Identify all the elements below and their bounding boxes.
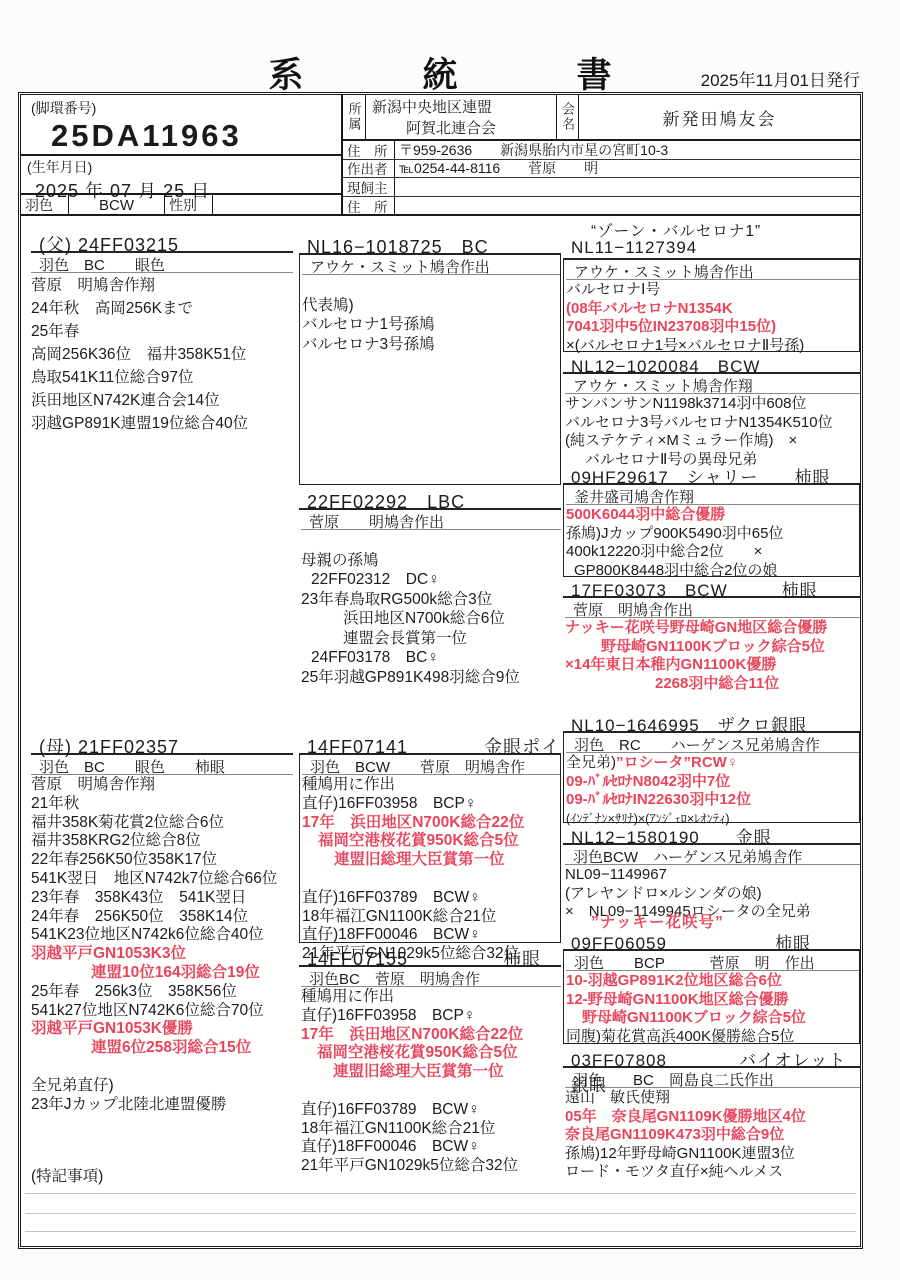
pedigree-line: 09-ﾊﾞﾙｾﾛﾅIN22630羽中12位	[566, 791, 859, 810]
affiliation-line2: 阿賀北連合会	[372, 118, 556, 139]
pigeon-loft: アウケ・スミット鳩舎作出	[566, 260, 859, 280]
notes-rule-line	[25, 1231, 856, 1232]
pedigree-line: 25年羽越GP891K498羽総合9位	[301, 668, 561, 688]
notes-label: (特記事項)	[31, 1164, 103, 1186]
pigeon-card-mf-dam: NL12−1580190 金眼 羽色BCW ハーゲンス兄弟鳩舎作 NL09−11…	[563, 823, 860, 922]
pedigree-line: 21年平戸GN1029k5位総合32位	[301, 1157, 561, 1176]
breeder-value: ℡0254-44-8116 菅原 明	[395, 160, 860, 178]
pedigree-line: (アレヤンドロ×ルシンダの娘)	[565, 885, 860, 904]
pedigree-line: 直仔)18FF00046 BCW♀	[301, 1138, 561, 1157]
pedigree-line: ×14年東日本稚内GN1100K優勝	[565, 656, 860, 675]
pedigree-line: 福井358KRG2位総合8位	[31, 832, 293, 851]
pedigree-line: 菅原 明鳩舎作翔	[31, 776, 293, 795]
pigeon-card-md-sire: ”ナッキー花咲号” 09FF06059 柿眼 羽色 BCP 菅原 明 作出 10…	[563, 910, 860, 1044]
pedigree-line	[302, 276, 560, 296]
pigeon-id: NL16−1018725 BC	[299, 233, 561, 255]
pedigree-line: (08年バルセロナN1354K	[566, 300, 859, 319]
owner-address-value	[395, 197, 860, 216]
pedigree-line: 奈良尾GN1109K473羽中総合9位	[565, 1126, 860, 1145]
pedigree-line: 直仔)16FF03789 BCW♀	[301, 1101, 561, 1120]
pedigree-line: 孫鳩)12年野母崎GN1100K連盟3位	[565, 1145, 860, 1164]
pedigree-line: 連盟旧総理大臣賞第一位	[301, 1063, 561, 1082]
pigeon-lines: 全兄弟)”ロシータ”RCW♀09-ﾊﾞﾙｾﾛﾅN8042羽中7位09-ﾊﾞﾙｾﾛ…	[566, 753, 859, 828]
pigeon-lines: 種鳩用に作出直仔)16FF03958 BCP♀17年 浜田地区N700K総合22…	[302, 775, 560, 964]
pigeon-loft: 菅原 明鳩舎作出	[565, 598, 860, 618]
pedigree-line: (純ステケティ×Mミュラー作鳩) ×	[565, 432, 860, 451]
feather-value: BCW	[69, 195, 165, 215]
pigeon-id: NL12−1580190 金眼	[563, 823, 860, 845]
pigeon-card-mf-sire: NL10−1646995 ザクロ銀眼 羽色 RC ハーゲンス兄弟鳩舎作 全兄弟)…	[563, 711, 860, 823]
owner-value	[395, 178, 860, 196]
pedigree-line: NL09−1149967	[565, 866, 860, 885]
pigeon-loft: 羽色 RC ハーゲンス兄弟鳩舎作	[566, 733, 859, 753]
pedigree-line	[301, 1082, 561, 1101]
pedigree-line: 400k12220羽中総合2位 ×	[566, 543, 859, 562]
pedigree-line: 全兄弟)”ロシータ”RCW♀	[566, 754, 859, 773]
header-right: 所属 新潟中央地区連盟 阿賀北連合会 会名 新発田鳩友会 住 所 〒959-26…	[343, 95, 860, 214]
pedigree-line: バルセロナ3号孫鳩	[302, 335, 560, 355]
address-label: 住 所	[343, 141, 395, 159]
club-name: 新発田鳩友会	[579, 95, 860, 139]
pigeon-loft: 羽色 BCW 菅原 明鳩舎作	[302, 755, 560, 775]
pigeon-name-above: ”ナッキー花咲号”	[563, 910, 860, 929]
pedigree-line: 福岡空港桜花賞950K総合5位	[302, 832, 560, 851]
birth-date-label: (生年月日)	[27, 157, 333, 177]
pedigree-line: 直仔)16FF03789 BCW♀	[302, 889, 560, 908]
pedigree-line: 23年Jカップ北陸北連盟優勝	[31, 1096, 293, 1115]
pigeon-loft: 釜井盛司鳩舎作翔	[566, 485, 859, 505]
pedigree-line: 浜田地区N700k総合6位	[301, 609, 561, 629]
header-left: (脚環番号) 25DA11963 (生年月日) 2025 年 07 月 25 日…	[21, 95, 343, 214]
pedigree-line: 代表鳩)	[302, 296, 560, 316]
address-row: 住 所 〒959-2636 新潟県胎内市星の宮町10-3	[343, 141, 860, 160]
pedigree-line	[301, 531, 561, 551]
feather-sex-row: 羽色 BCW 性別	[21, 193, 341, 215]
pedigree-line: 種鳩用に作出	[301, 988, 561, 1007]
pedigree-line	[302, 870, 560, 889]
owner-address-row: 住 所	[343, 197, 860, 216]
pigeon-card-ff-dam: NL12−1020084 BCW アウケ・スミット鳩舎作翔 サンバンサンN119…	[563, 352, 860, 469]
pigeon-lines: 母親の孫鳩22FF02312 DC♀23年春鳥取RG500k総合3位浜田地区N7…	[301, 530, 561, 687]
pedigree-line: 05年 奈良尾GN1109K優勝地区4位	[565, 1108, 860, 1127]
pedigree-line: 福岡空港桜花賞950K総合5位	[301, 1044, 561, 1063]
pigeon-card-father: (父) 24FF03215 羽色 BC 眼色 菅原 明鳩舎作翔24年秋 高岡25…	[31, 231, 293, 435]
pigeon-subline: 羽色 BC 眼色	[31, 253, 293, 273]
pedigree-line: 種鳩用に作出	[302, 776, 560, 795]
pigeon-id: 14FF07141 金眼ポイ	[299, 733, 561, 755]
pigeon-card-fd-dam: 17FF03073 BCW 柿眼 菅原 明鳩舎作出 ナッキー花咲号野母崎GN地区…	[563, 576, 860, 693]
pigeon-name-above: “ゾーン・バルセロナ1”	[563, 219, 860, 238]
breeder-row: 作出者 ℡0254-44-8116 菅原 明	[343, 160, 860, 179]
pedigree-line: 25年春 256k3位 358K56位	[31, 983, 293, 1002]
pigeon-id: (父) 24FF03215	[31, 231, 293, 253]
header-box: (脚環番号) 25DA11963 (生年月日) 2025 年 07 月 25 日…	[21, 95, 860, 216]
pedigree-line: バルセロナⅠ号	[566, 281, 859, 300]
sex-label: 性別	[165, 195, 213, 215]
pedigree-line: 連盟旧総理大臣賞第一位	[302, 851, 560, 870]
pedigree-line: 541K翌日 地区N742k7位総合66位	[31, 870, 293, 889]
pedigree-line: 22FF02312 DC♀	[301, 570, 561, 590]
pigeon-lines: ナッキー花咲号野母崎GN地区総合優勝野母崎GN1100Kブロック綜合5位×14年…	[565, 618, 860, 693]
pedigree-line: 羽越平戸GN1053K優勝	[31, 1020, 293, 1039]
pigeon-lines: 種鳩用に作出直仔)16FF03958 BCP♀17年 浜田地区N700K総合22…	[301, 987, 561, 1176]
pedigree-line: 10-羽越GP891K2位地区総合6位	[566, 972, 859, 991]
owner-label: 現飼主	[343, 178, 395, 196]
pedigree-line: 浜田地区N742K連合会14位	[31, 389, 293, 412]
pigeon-id: 14FF07155 柿眼	[299, 945, 561, 967]
pedigree-line: 09-ﾊﾞﾙｾﾛﾅN8042羽中7位	[566, 773, 859, 792]
pedigree-line: 541k27位地区N742K6位総合70位	[31, 1002, 293, 1021]
pedigree-line: 直仔)16FF03958 BCP♀	[302, 795, 560, 814]
pedigree-line: 菅原 明鳩舎作翔	[31, 274, 293, 297]
pedigree-line: 22年春256K50位358K17位	[31, 851, 293, 870]
affiliation-value: 新潟中央地区連盟 阿賀北連合会	[366, 95, 556, 139]
pedigree-line: 鳥取541K11位総合97位	[31, 366, 293, 389]
ring-number-label: (脚環番号)	[31, 98, 333, 118]
pedigree-line: 18年福江GN1100K総合21位	[301, 1120, 561, 1139]
pigeon-card-f-sire: NL16−1018725 BC アウケ・スミット鳩舎作出 代表鳩)バルセロナ1号…	[299, 233, 561, 485]
pigeon-id: 03FF07808 バイオレット銀眼	[563, 1046, 860, 1068]
pigeon-card-m-sire: 14FF07141 金眼ポイ 羽色 BCW 菅原 明鳩舎作 種鳩用に作出直仔)1…	[299, 733, 561, 943]
pedigree-line: 直仔)16FF03958 BCP♀	[301, 1007, 561, 1026]
address-value: 〒959-2636 新潟県胎内市星の宮町10-3	[395, 141, 860, 159]
pigeon-loft: アウケ・スミット鳩舎作翔	[565, 374, 860, 394]
pigeon-loft: 羽色BCW ハーゲンス兄弟鳩舎作	[565, 845, 860, 865]
pedigree-line: 2268羽中総合11位	[565, 675, 860, 694]
birth-date-cell: (生年月日) 2025 年 07 月 25 日	[21, 154, 341, 193]
pedigree-line: ナッキー花咲号野母崎GN地区総合優勝	[565, 619, 860, 638]
pigeon-id: 09HF29617 シャリー 柿眼	[563, 463, 860, 485]
club-label: 会名	[556, 95, 579, 139]
pigeon-id: 09FF06059 柿眼	[563, 929, 860, 951]
pedigree-line: 母親の孫鳩	[301, 551, 561, 571]
ring-number: 25DA11963	[31, 118, 333, 154]
pigeon-id: 22FF02292 LBC	[299, 488, 561, 510]
pedigree-line: 17年 浜田地区N700K総合22位	[302, 814, 560, 833]
sex-value	[213, 195, 341, 215]
pigeon-lines: バルセロナⅠ号(08年バルセロナN1354K7041羽中5位IN23708羽中1…	[566, 280, 859, 355]
pigeon-lines: 遠山 敏氏使翔05年 奈良尾GN1109K優勝地区4位奈良尾GN1109K473…	[565, 1088, 860, 1182]
pedigree-area: (父) 24FF03215 羽色 BC 眼色 菅原 明鳩舎作翔24年秋 高岡25…	[21, 216, 860, 1245]
pigeon-lines: サンバンサンN1198k3714羽中608位バルセロナ3号バルセロナN1354K…	[565, 394, 860, 469]
pigeon-loft: 羽色BC 菅原 明鳩舎作	[301, 967, 561, 987]
feather-label: 羽色	[21, 195, 69, 215]
pigeon-card-mother: (母) 21FF02357 羽色 BC 眼色 柿眼 菅原 明鳩舎作翔21年秋福井…	[31, 733, 293, 1114]
pedigree-line: 連盟10位164羽総合19位	[31, 964, 293, 983]
pedigree-line: 直仔)18FF00046 BCW♀	[302, 926, 560, 945]
pedigree-line: 541K23位地区N742k6位総合40位	[31, 926, 293, 945]
affiliation-line1: 新潟中央地区連盟	[372, 97, 556, 118]
pedigree-line: 25年春	[31, 320, 293, 343]
pigeon-loft: 菅原 明鳩舎作出	[301, 510, 561, 530]
pedigree-line: 福井358K菊花賞2位総合6位	[31, 814, 293, 833]
pigeon-id: NL12−1020084 BCW	[563, 352, 860, 374]
breeder-label: 作出者	[343, 160, 395, 178]
pigeon-loft: アウケ・スミット鳩舎作出	[302, 255, 560, 275]
pedigree-line: 24年春 256K50位 358K14位	[31, 908, 293, 927]
pedigree-line: 遠山 敏氏使翔	[565, 1089, 860, 1108]
pedigree-line: 23年春 358K43位 541K翌日	[31, 889, 293, 908]
ring-number-cell: (脚環番号) 25DA11963	[21, 95, 341, 154]
pigeon-id: NL11−1127394	[563, 238, 860, 260]
pigeon-loft: 羽色 BC 岡島良二氏作出	[565, 1068, 860, 1088]
pigeon-lines: 500K6044羽中総合優勝孫鳩)Jカップ900K5490羽中65位400k12…	[566, 505, 859, 580]
pedigree-line: バルセロナ3号バルセロナN1354K510位	[565, 414, 860, 433]
pigeon-id: NL10−1646995 ザクロ銀眼	[563, 711, 860, 733]
affiliation-label: 所属	[343, 95, 366, 139]
pedigree-line: 18年福江GN1100K総合21位	[302, 908, 560, 927]
pigeon-card-m-dam: 14FF07155 柿眼 羽色BC 菅原 明鳩舎作 種鳩用に作出直仔)16FF0…	[299, 945, 561, 1176]
pedigree-line: 23年春鳥取RG500k総合3位	[301, 590, 561, 610]
pigeon-lines: 代表鳩)バルセロナ1号孫鳩バルセロナ3号孫鳩	[302, 275, 560, 354]
pedigree-line: バルセロナ1号孫鳩	[302, 315, 560, 335]
pigeon-loft: 羽色 BCP 菅原 明 作出	[566, 951, 859, 971]
pigeon-card-ff-sire: “ゾーン・バルセロナ1” NL11−1127394 アウケ・スミット鳩舎作出 バ…	[563, 219, 860, 352]
pedigree-line: 21年秋	[31, 795, 293, 814]
pedigree-line: 12-野母崎GN1100K地区総合優勝	[566, 991, 859, 1010]
notes-rule-line	[25, 1193, 856, 1194]
pedigree-line: サンバンサンN1198k3714羽中608位	[565, 395, 860, 414]
document-frame: (脚環番号) 25DA11963 (生年月日) 2025 年 07 月 25 日…	[18, 92, 863, 1249]
affiliation-row: 所属 新潟中央地区連盟 阿賀北連合会 会名 新発田鳩友会	[343, 95, 860, 141]
pedigree-line: 全兄弟直仔)	[31, 1077, 293, 1096]
owner-row: 現飼主	[343, 178, 860, 197]
pedigree-line: 野母崎GN1100Kブロック綜合5位	[565, 638, 860, 657]
owner-address-label: 住 所	[343, 197, 395, 216]
pedigree-line	[31, 1058, 293, 1077]
pigeon-lines: 菅原 明鳩舎作翔24年秋 高岡256Kまで25年春高岡256K36位 福井358…	[31, 273, 293, 435]
issue-date: 2025年11月01日発行	[701, 66, 860, 91]
pedigree-line: 同腹)菊花賞高浜400K優勝総合5位	[566, 1028, 859, 1047]
pigeon-id: 17FF03073 BCW 柿眼	[563, 576, 860, 598]
pedigree-line: 500K6044羽中総合優勝	[566, 506, 859, 525]
pedigree-line: ロード・モツタ直仔×純ヘルメス	[565, 1163, 860, 1182]
pedigree-line: 24年秋 高岡256Kまで	[31, 297, 293, 320]
pedigree-line: 7041羽中5位IN23708羽中15位)	[566, 318, 859, 337]
pigeon-card-fd-sire: 09HF29617 シャリー 柿眼 釜井盛司鳩舎作翔 500K6044羽中総合優…	[563, 463, 860, 577]
pedigree-line: 17年 浜田地区N700K総合22位	[301, 1026, 561, 1045]
pedigree-line: 野母崎GN1100Kブロック綜合5位	[566, 1009, 859, 1028]
pedigree-line: 羽越GP891K連盟19位総合40位	[31, 412, 293, 435]
pigeon-lines: 菅原 明鳩舎作翔21年秋福井358K菊花賞2位総合6位福井358KRG2位総合8…	[31, 775, 293, 1114]
pigeon-subline: 羽色 BC 眼色 柿眼	[31, 755, 293, 775]
pedigree-line: 24FF03178 BC♀	[301, 648, 561, 668]
pigeon-lines: 10-羽越GP891K2位地区総合6位12-野母崎GN1100K地区総合優勝野母…	[566, 971, 859, 1046]
pigeon-id: (母) 21FF02357	[31, 733, 293, 755]
pigeon-card-f-dam: 22FF02292 LBC 菅原 明鳩舎作出 母親の孫鳩22FF02312 DC…	[299, 488, 561, 687]
pedigree-line: 孫鳩)Jカップ900K5490羽中65位	[566, 525, 859, 544]
pedigree-line: 羽越平戸GN1053K3位	[31, 945, 293, 964]
pedigree-line: 連盟会長賞第一位	[301, 629, 561, 649]
pigeon-card-md-dam: 03FF07808 バイオレット銀眼 羽色 BC 岡島良二氏作出 遠山 敏氏使翔…	[563, 1046, 860, 1182]
pedigree-line: 連盟6位258羽総合15位	[31, 1039, 293, 1058]
pedigree-line: 高岡256K36位 福井358K51位	[31, 343, 293, 366]
notes-rule-line	[25, 1213, 856, 1214]
